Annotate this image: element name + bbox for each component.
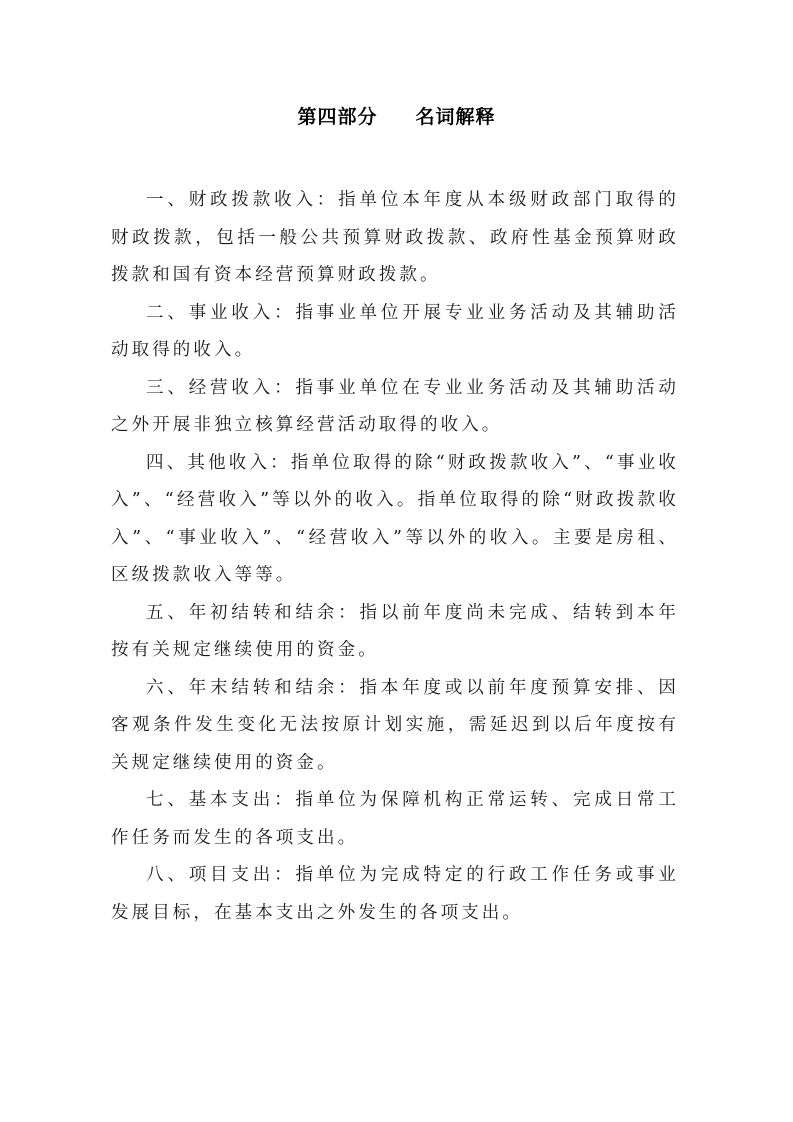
paragraph-basic-expenditure: 七、基本支出：指单位为保障机构正常运转、完成日常工作任务而发生的各项支出。 — [111, 782, 679, 857]
paragraph-operating-income: 三、经营收入：指事业单位在专业业务活动及其辅助活动之外开展非独立核算经营活动取得… — [111, 370, 679, 445]
paragraph-beginning-carryover: 五、年初结转和结余：指以前年度尚未完成、结转到本年按有关规定继续使用的资金。 — [111, 595, 679, 670]
document-page: 第四部分名词解释 一、财政拨款收入：指单位本年度从本级财政部门取得的财政拨款，包… — [0, 0, 793, 1122]
paragraph-ending-carryover: 六、年末结转和结余：指本年度或以前年度预算安排、因客观条件发生变化无法按原计划实… — [111, 670, 679, 783]
paragraph-other-income: 四、其他收入：指单位取得的除“财政拨款收入”、“事业收入”、“经营收入”等以外的… — [111, 445, 679, 595]
document-body: 一、财政拨款收入：指单位本年度从本级财政部门取得的财政拨款，包括一般公共预算财政… — [111, 182, 679, 932]
paragraph-project-expenditure: 八、项目支出：指单位为完成特定的行政工作任务或事业发展目标，在基本支出之外发生的… — [111, 857, 679, 932]
paragraph-fiscal-appropriation-income: 一、财政拨款收入：指单位本年度从本级财政部门取得的财政拨款，包括一般公共预算财政… — [111, 182, 679, 295]
title-part: 第四部分 — [297, 106, 377, 128]
title-name: 名词解释 — [416, 106, 496, 128]
page-title: 第四部分名词解释 — [0, 102, 793, 129]
paragraph-business-income: 二、事业收入：指事业单位开展专业业务活动及其辅助活动取得的收入。 — [111, 295, 679, 370]
